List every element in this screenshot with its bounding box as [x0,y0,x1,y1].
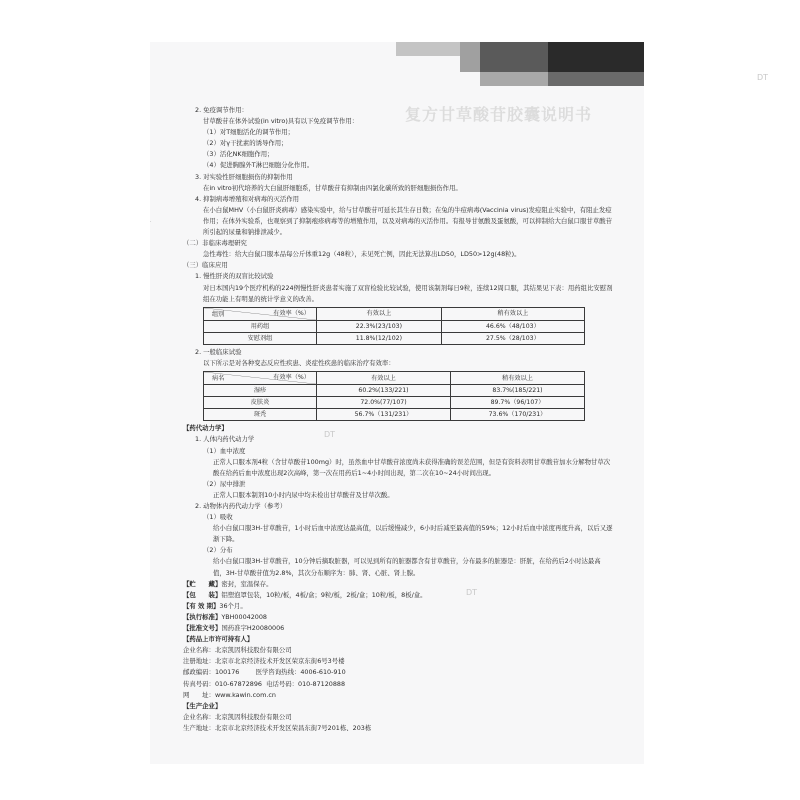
info-row-storage: 【贮 藏】密封，室温保存。 [183,579,613,590]
holder-contact-row: 邮政编码：100176 医学咨询热线：4006-610-910 [183,667,613,678]
list-item: （4）促进胸腺外T淋巴细胞分化作用。 [183,160,613,171]
subsection-heading: （1）吸收 [183,512,613,523]
manufacturer-address: 生产地址：北京市北京经济技术开发区荣昌东街7号201栋、203栋 [183,723,613,734]
paragraph: 给小白鼠口服3H-甘草酸苷，1小时后血中浓度达最高值，以后缓慢减少，6小时后减至… [183,523,613,545]
info-row-package: 【包 装】铝塑泡罩包装，10粒/板，4板/盒；9粒/板，2板/盒；10粒/板，8… [183,590,613,601]
scan-shade [480,42,548,72]
column-header: 稍有效以上 [451,372,585,385]
info-row-approval: 【批准文号】国药准字H20080006 [183,623,613,634]
holder-website: 网 址：www.kawin.com.cn [183,690,613,701]
scan-shade [548,42,644,72]
info-row-holder: 【药品上市许可持有人】 [183,634,613,645]
paragraph: 给小白鼠口服3H-甘草酸苷，10分钟后摘取脏器，可以见到所有的脏器都含有甘草酸苷… [183,556,613,578]
section-heading: 【药代动力学】 [183,423,613,434]
paragraph: 在in vitro初代培养的大白鼠肝细胞系，甘草酸苷有抑制由四氯化碳所致的肝细胞… [183,183,613,194]
column-header: 有效以上 [317,372,451,385]
manufacturer-name: 企业名称：北京凯因科技股份有限公司 [183,712,613,723]
info-row-shelf-life: 【有 效 期】36个月。 [183,601,613,612]
document-page: 复方甘草酸苷胶囊说明书 DT DT DT 2. 免疫调节作用： 甘草酸苷在体外试… [150,42,644,764]
paragraph: 急性毒性：给大白鼠口服本品每公斤体重12g（48粒），未见死亡例，因此无法算出L… [183,249,613,260]
scan-shade [548,72,644,86]
subsection-heading: （2）分布 [183,545,613,556]
list-item: （2）对γ干扰素的诱导作用； [183,138,613,149]
document-body: 2. 免疫调节作用： 甘草酸苷在体外试验(in vitro)具有以下免疫调节作用… [183,105,613,734]
scan-shade [480,72,548,86]
paragraph: 甘草酸苷在体外试验(in vitro)具有以下免疫调节作用： [183,116,613,127]
holder-address: 注册地址：北京市北京经济技术开发区荣京东街6号3号楼 [183,656,613,667]
subsection-heading: 1. 慢性肝炎的双盲比较试验 [183,271,613,282]
paragraph: 以下所示是对各种变态反应性疾患、炎症性疾患的临床治疗有效率： [183,358,613,369]
holder-name: 企业名称：北京凯因科技股份有限公司 [183,645,613,656]
paragraph: 在小白鼠MHV（小白鼠肝炎病毒）感染实验中，给与甘草酸苷可延长其生存日数；在兔的… [183,205,613,238]
section-heading: 4. 抑制病毒增殖和对病毒的灭活作用 [183,194,613,205]
table-row: 安慰剂组 11.8%(12/102) 27.5%（28/103） [204,332,585,344]
section-heading: （三）临床应用 [183,260,613,271]
list-item: （3）活化NK细胞作用； [183,149,613,160]
table-corner-header: 有效率（%） 组别 [204,307,317,320]
section-heading: 【生产企业】 [183,701,613,712]
column-header: 有效以上 [317,307,442,320]
column-header: 稍有效以上 [441,307,584,320]
section-heading: 3. 对实验性肝细胞损伤的抑制作用 [183,172,613,183]
paragraph: 正常人口服本剂4粒（含甘草酸苷100mg）时，虽然血中甘草酸苷浓度尚未获得准确的… [183,457,613,479]
subsection-heading: （2）尿中排泄 [183,479,613,490]
table-row: 用药组 22.3%(23/103) 46.6%（48/103） [204,320,585,332]
paragraph: 正常人口服本制剂10小时内尿中均未检出甘草酸苷及甘草次酸。 [183,490,613,501]
watermark: DT [757,73,768,82]
table-row: 皮肤炎 72.0%(77/107) 89.7%（96/107） [204,397,585,409]
table-row: 斑秃 56.7%（131/231） 73.6%（170/231） [204,409,585,421]
table-row: 湿疹 60.2%(133/221) 83.7%(185/221) [204,385,585,397]
scan-shade [396,42,460,56]
section-heading: （二）非临床毒理研究 [183,238,613,249]
subsection-heading: 2. 动物体内药代动力学（参考） [183,501,613,512]
general-trial-table: 有效率（%） 病名 有效以上 稍有效以上 湿疹 60.2%(133/221) 8… [203,371,585,421]
subsection-heading: 2. 一般临床试验 [183,347,613,358]
hepatitis-trial-table: 有效率（%） 组别 有效以上 稍有效以上 用药组 22.3%(23/103) 4… [203,307,585,345]
scan-shade [460,42,480,72]
paragraph: 对日本国内19个医疗机构的224例慢性肝炎患者实施了双盲检验比较试验，使用该制剂… [183,283,613,305]
section-heading: 2. 免疫调节作用： [183,105,613,116]
subsection-heading: 1. 人体内药代动力学 [183,434,613,445]
table-corner-header: 有效率（%） 病名 [204,372,317,385]
subsection-heading: （1）血中浓度 [183,446,613,457]
watermark: DT [150,220,151,229]
holder-contact-row: 传真号码：010-67872896 电话号码：010-87120888 [183,679,613,690]
list-item: （1）对T细胞活化的调节作用； [183,127,613,138]
info-row-standard: 【执行标准】YBH00042008 [183,612,613,623]
